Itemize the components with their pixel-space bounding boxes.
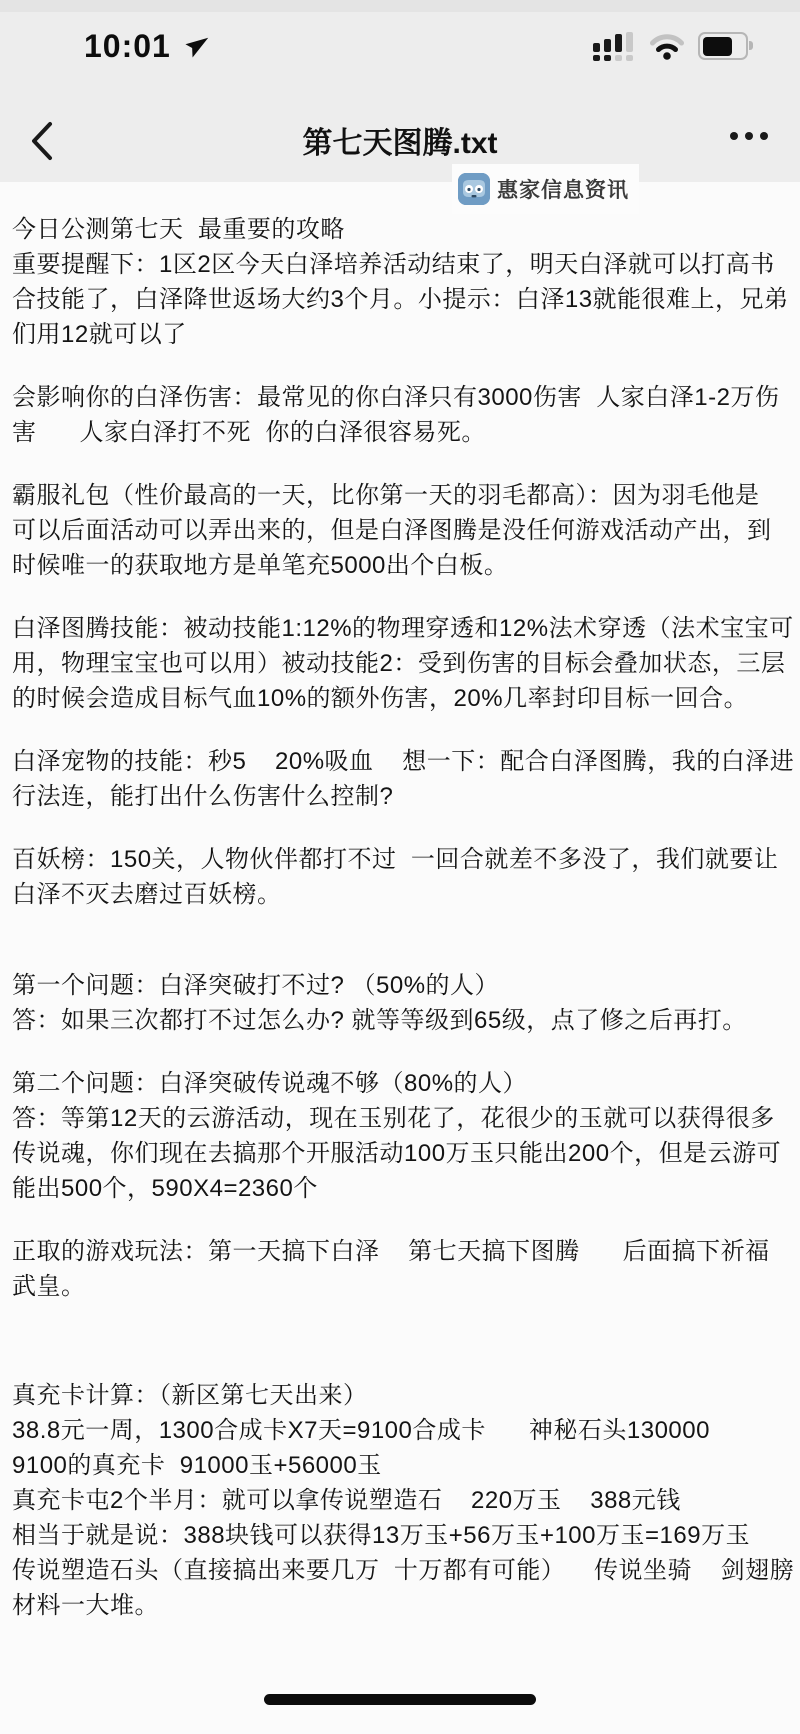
more-menu-button[interactable] [728,126,770,146]
nav-bar: 第七天图腾.txt [0,100,800,182]
text-line: 白泽图腾技能：被动技能1:12%的物理穿透和12%法术穿透（法术宝宝可 [12,611,794,646]
paragraph: 真充卡计算：（新区第七天出来） 38.8元一周，1300合成卡X7天=9100合… [12,1378,794,1623]
watermark-robot-icon [458,173,490,205]
cellular-signal-icon [592,30,636,62]
home-indicator[interactable] [264,1694,536,1705]
paragraph: 霸服礼包（性价最高的一天，比你第一天的羽毛都高）：因为羽毛他是 可以后面活动可以… [12,478,794,583]
paragraph: 白泽宠物的技能：秒5 20%吸血 想一下：配合白泽图腾，我的白泽进 行法连，能打… [12,744,794,814]
text-line: 可以后面活动可以弄出来的，但是白泽图腾是没任何游戏活动产出，到 [12,513,794,548]
status-time: 10:01 [84,28,209,65]
text-line: 正取的游戏玩法：第一天搞下白泽 第七天搞下图腾 后面搞下祈福 [12,1234,794,1269]
text-line: 白泽不灭去磨过百妖榜。 [12,877,794,912]
watermark: 惠家信息资讯 [452,164,639,214]
text-line: 用，物理宝宝也可以用）被动技能2：受到伤害的目标会叠加状态，三层 [12,646,794,681]
status-icons [592,30,748,62]
text-line: 答：如果三次都打不过怎么办? 就等等级到65级，点了修之后再打。 [12,1003,794,1038]
status-bar: 10:01 [0,12,800,100]
text-line: 38.8元一周，1300合成卡X7天=9100合成卡 神秘石头130000 [12,1413,794,1448]
text-line: 第一个问题：白泽突破打不过? （50%的人） [12,968,794,1003]
paragraph: 正取的游戏玩法：第一天搞下白泽 第七天搞下图腾 后面搞下祈福 武皇。 [12,1234,794,1304]
text-line: 时候唯一的获取地方是单笔充5000出个白板。 [12,548,794,583]
text-line: 武皇。 [12,1269,794,1304]
text-line: 第二个问题：白泽突破传说魂不够（80%的人） [12,1066,794,1101]
text-line: 能出500个，590X4=2360个 [12,1171,794,1206]
paragraph: 百妖榜：150关，人物伙伴都打不过 一回合就差不多没了，我们就要让 白泽不灭去磨… [12,842,794,912]
wifi-icon [649,33,685,60]
location-arrow-icon [183,34,209,60]
battery-icon [698,32,748,60]
paragraph: 白泽图腾技能：被动技能1:12%的物理穿透和12%法术穿透（法术宝宝可 用，物理… [12,611,794,716]
text-line: 白泽宠物的技能：秒5 20%吸血 想一下：配合白泽图腾，我的白泽进 [12,744,794,779]
text-line: 害 人家白泽打不死 你的白泽很容易死。 [12,415,794,450]
text-line: 真充卡屯2个半月：就可以拿传说塑造石 220万玉 388元钱 [12,1483,794,1518]
ellipsis-icon [745,132,753,140]
text-line: 会影响你的白泽伤害：最常见的你白泽只有3000伤害 人家白泽1-2万伤 [12,380,794,415]
text-line: 9100的真充卡 91000玉+56000玉 [12,1448,794,1483]
document-content[interactable]: 今日公测第七天 最重要的攻略 重要提醒下：1区2区今天白泽培养活动结束了，明天白… [0,182,800,1734]
paragraph: 第二个问题：白泽突破传说魂不够（80%的人） 答：等第12天的云游活动，现在玉别… [12,1066,794,1206]
battery-fill [703,37,732,56]
top-chrome: 10:01 [0,0,800,182]
text-line: 的时候会造成目标气血10%的额外伤害，20%几率封印目标一回合。 [12,681,794,716]
top-strip [0,0,800,12]
text-line: 答：等第12天的云游活动，现在玉别花了，花很少的玉就可以获得很多 [12,1101,794,1136]
page-title: 第七天图腾.txt [0,118,800,162]
paragraph: 今日公测第七天 最重要的攻略 重要提醒下：1区2区今天白泽培养活动结束了，明天白… [12,212,794,352]
text-line: 材料一大堆。 [12,1588,794,1623]
text-line: 传说魂，你们现在去搞那个开服活动100万玉只能出200个，但是云游可 [12,1136,794,1171]
watermark-text: 惠家信息资讯 [497,174,629,204]
text-line: 行法连，能打出什么伤害什么控制? [12,779,794,814]
text-line: 们用12就可以了 [12,317,794,352]
text-line: 真充卡计算：（新区第七天出来） [12,1378,794,1413]
clock-text: 10:01 [84,28,171,65]
phone-screen: 10:01 [0,0,800,1734]
ellipsis-icon [760,132,768,140]
paragraph: 第一个问题：白泽突破打不过? （50%的人） 答：如果三次都打不过怎么办? 就等… [12,968,794,1038]
text-line: 相当于就是说：388块钱可以获得13万玉+56万玉+100万玉=169万玉 [12,1518,794,1553]
text-line: 百妖榜：150关，人物伙伴都打不过 一回合就差不多没了，我们就要让 [12,842,794,877]
battery-nub [749,41,753,50]
text-line: 今日公测第七天 最重要的攻略 [12,212,794,247]
text-line: 霸服礼包（性价最高的一天，比你第一天的羽毛都高）：因为羽毛他是 [12,478,794,513]
text-line: 合技能了，白泽降世返场大约3个月。小提示：白泽13就能很难上，兄弟 [12,282,794,317]
ellipsis-icon [730,132,738,140]
text-line: 重要提醒下：1区2区今天白泽培养活动结束了，明天白泽就可以打高书 [12,247,794,282]
paragraph: 会影响你的白泽伤害：最常见的你白泽只有3000伤害 人家白泽1-2万伤 害 人家… [12,380,794,450]
text-line: 传说塑造石头（直接搞出来要几万 十万都有可能） 传说坐骑 剑翅膀 [12,1553,794,1588]
